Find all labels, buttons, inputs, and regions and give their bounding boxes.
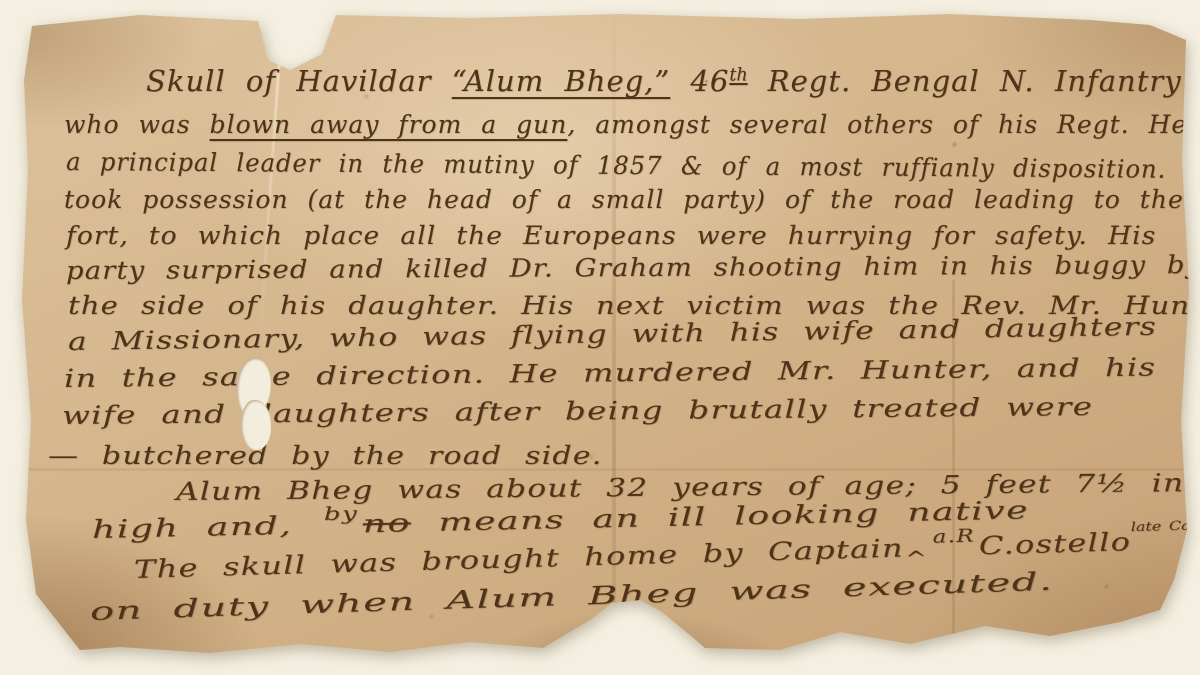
text-segment: th — [729, 65, 747, 85]
handwritten-line: — butchered by the road side. — [48, 441, 603, 470]
text-segment: a.R — [932, 526, 975, 548]
text-segment: a principal leader in the mutiny of 1857… — [66, 147, 1200, 184]
text-segment: high and, — [92, 510, 320, 544]
text-segment: ^ — [905, 546, 928, 571]
text-segment: C.ostello — [979, 527, 1132, 560]
handwritten-line: fort, to which place all the Europeans w… — [66, 221, 1156, 250]
paper-shadow-wrap: Skull of Havildar “Alum Bheg,” 46th Regt… — [0, 0, 1200, 675]
torn-paper-note: Skull of Havildar “Alum Bheg,” 46th Regt… — [0, 0, 1200, 675]
text-segment: who was — [64, 110, 210, 139]
handwritten-line: who was blown away from a gun, amongst s… — [64, 110, 1200, 139]
handwritten-line: a principal leader in the mutiny of 1857… — [66, 147, 1200, 184]
text-segment: took possession (at the head of a small … — [64, 185, 1184, 214]
text-segment: 46 — [670, 64, 729, 98]
text-segment: blown away from a gun — [210, 110, 568, 139]
text-segment: by — [324, 503, 359, 525]
text-segment: — butchered by the road side. — [48, 441, 603, 470]
handwritten-line: wife and daughters after being brutally … — [62, 392, 1093, 430]
paper-specks — [0, 0, 3, 3]
text-segment: no — [362, 508, 411, 538]
photo-of-document: Skull of Havildar “Alum Bheg,” 46th Regt… — [0, 0, 1200, 675]
text-segment: “Alum Bheg,” — [452, 64, 670, 98]
text-segment: Skull of Havildar — [146, 64, 452, 98]
handwritten-line: Alum Bheg was about 32 years of age; 5 f… — [176, 468, 1200, 506]
text-segment: late Capt. 7th Drag. Guards — [1131, 513, 1200, 535]
handwritten-text-block: Skull of Havildar “Alum Bheg,” 46th Regt… — [0, 0, 1200, 675]
text-segment: Alum Bheg was about 32 years of age; 5 f… — [176, 468, 1200, 506]
handwritten-line: Skull of Havildar “Alum Bheg,” 46th Regt… — [146, 64, 1182, 98]
text-segment: in the same direction. He murdered Mr. H… — [64, 353, 1156, 393]
handwritten-line: party surprised and killed Dr. Graham sh… — [66, 250, 1200, 285]
text-segment: Regt. Bengal N. Infantry — [748, 64, 1182, 98]
text-segment: party surprised and killed Dr. Graham sh… — [66, 250, 1200, 285]
paper-hole — [241, 400, 271, 450]
text-segment: wife and daughters after being brutally … — [62, 392, 1093, 430]
text-segment: fort, to which place all the Europeans w… — [66, 221, 1156, 250]
text-segment: , amongst several others of his Regt. He… — [567, 110, 1200, 139]
handwritten-line: in the same direction. He murdered Mr. H… — [64, 353, 1156, 393]
handwritten-line: took possession (at the head of a small … — [64, 185, 1184, 214]
